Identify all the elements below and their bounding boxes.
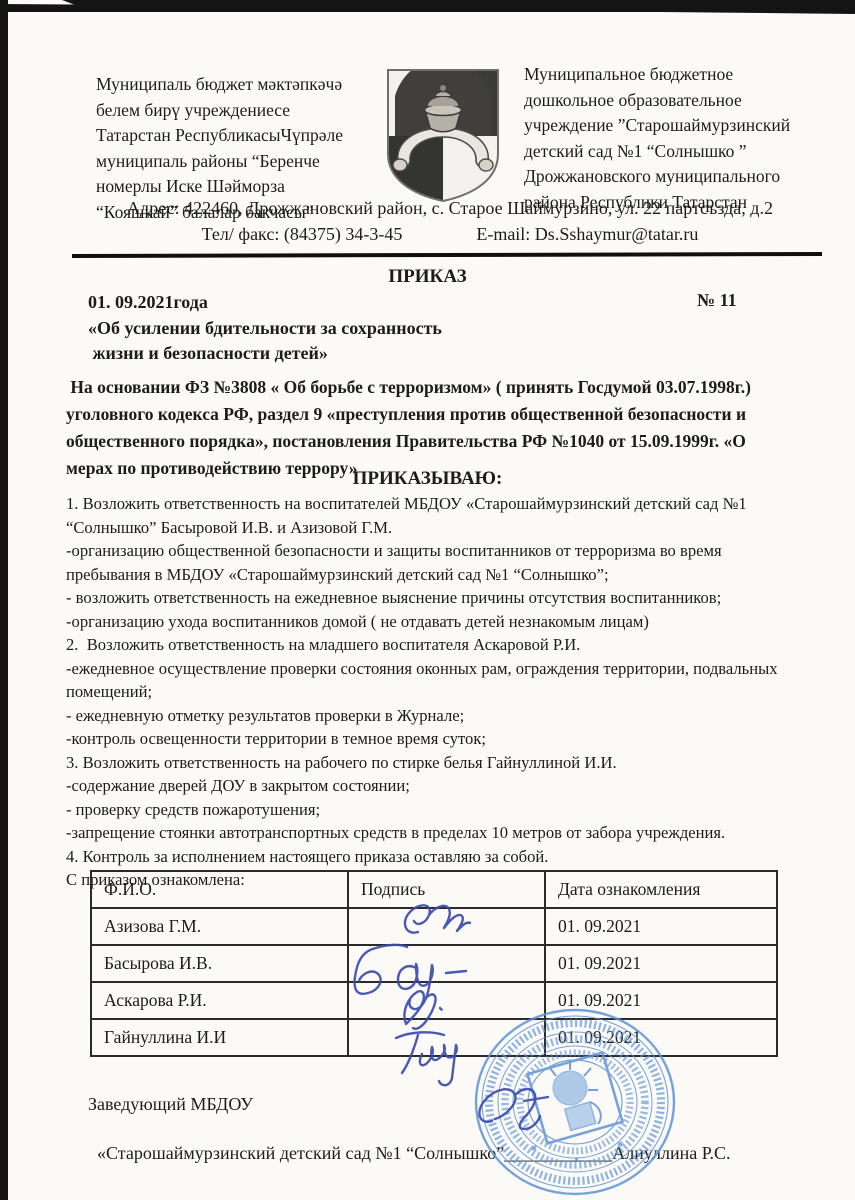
table-header-row: Ф.И.О. Подпись Дата ознакомления [91, 871, 777, 908]
coat-of-arms-icon [383, 66, 503, 206]
table-row: Азизова Г.М. 01. 09.2021 [91, 908, 777, 945]
table-row: Басырова И.В. 01. 09.2021 [91, 945, 777, 982]
org-email: E-mail: Ds.Sshaymur@tatar.ru [476, 224, 698, 244]
signer-org: «Старошаймурзинский детский сад №1 “Солн… [97, 1143, 504, 1163]
header-divider-line [72, 252, 822, 258]
cell-signature [348, 908, 545, 945]
header-signature: Подпись [348, 871, 545, 908]
org-address: Адрес: 422460, Дрожжановский район, с. С… [70, 198, 830, 219]
org-phone: Тел/ факс: (84375) 34-3-45 [202, 224, 403, 244]
order-item: -ежедневное осуществление проверки состо… [66, 657, 816, 704]
order-date: 01. 09.2021года [88, 292, 208, 313]
order-item: -контроль освещенности территории в темн… [66, 727, 816, 751]
order-item: 2. Возложить ответственность на младшего… [66, 633, 816, 657]
org-name-russian: Муниципальное бюджетное дошкольное образ… [524, 62, 834, 215]
order-item: 3. Возложить ответственность на рабочего… [66, 751, 816, 775]
coat-of-arms [383, 66, 503, 206]
cell-date: 01. 09.2021 [545, 945, 777, 982]
header-fio: Ф.И.О. [91, 871, 348, 908]
order-subject: «Об усилении бдительности за сохранность… [88, 316, 442, 366]
order-item: -организацию общественной безопасности и… [66, 539, 816, 586]
order-item: -содержание дверей ДОУ в закрытом состоя… [66, 774, 816, 798]
cell-name: Гайнуллина И.И [91, 1019, 348, 1056]
cell-name: Басырова И.В. [91, 945, 348, 982]
order-item: 4. Контроль за исполнением настоящего пр… [66, 845, 816, 869]
official-stamp [470, 1006, 685, 1198]
order-items: 1. Возложить ответственность на воспитат… [66, 492, 816, 892]
scan-edge-bottom [0, 16, 855, 28]
command-heading: ПРИКАЗЫВАЮ: [0, 468, 855, 490]
order-title: ПРИКАЗ [0, 266, 855, 288]
stamp-seal-icon [470, 1006, 685, 1198]
order-item: - проверку средств пожаротушения; [66, 798, 816, 822]
order-item: - возложить ответственность на ежедневно… [66, 586, 816, 610]
signer-title-line1: Заведующий МБДОУ [88, 1094, 253, 1115]
cell-signature [348, 945, 545, 982]
org-contacts: Тел/ факс: (84375) 34-3-45E-mail: Ds.Ssh… [70, 224, 830, 245]
header-date: Дата ознакомления [545, 871, 777, 908]
cell-name: Азизова Г.М. [91, 908, 348, 945]
order-number: № 11 [697, 290, 737, 311]
order-item: -организацию ухода воспитанников домой (… [66, 610, 816, 634]
order-item: 1. Возложить ответственность на воспитат… [66, 492, 816, 539]
order-item: - ежедневную отметку результатов проверк… [66, 704, 816, 728]
order-item: -запрещение стоянки автотранспортных сре… [66, 821, 816, 845]
order-basis-paragraph: На основании ФЗ №3808 « Об борьбе с терр… [66, 374, 751, 482]
cell-name: Аскарова Р.И. [91, 982, 348, 1019]
scanned-order-document: { "header": { "org_left": "Муниципаль бю… [0, 0, 855, 1200]
scan-edge-left [0, 0, 8, 1200]
cell-date: 01. 09.2021 [545, 908, 777, 945]
